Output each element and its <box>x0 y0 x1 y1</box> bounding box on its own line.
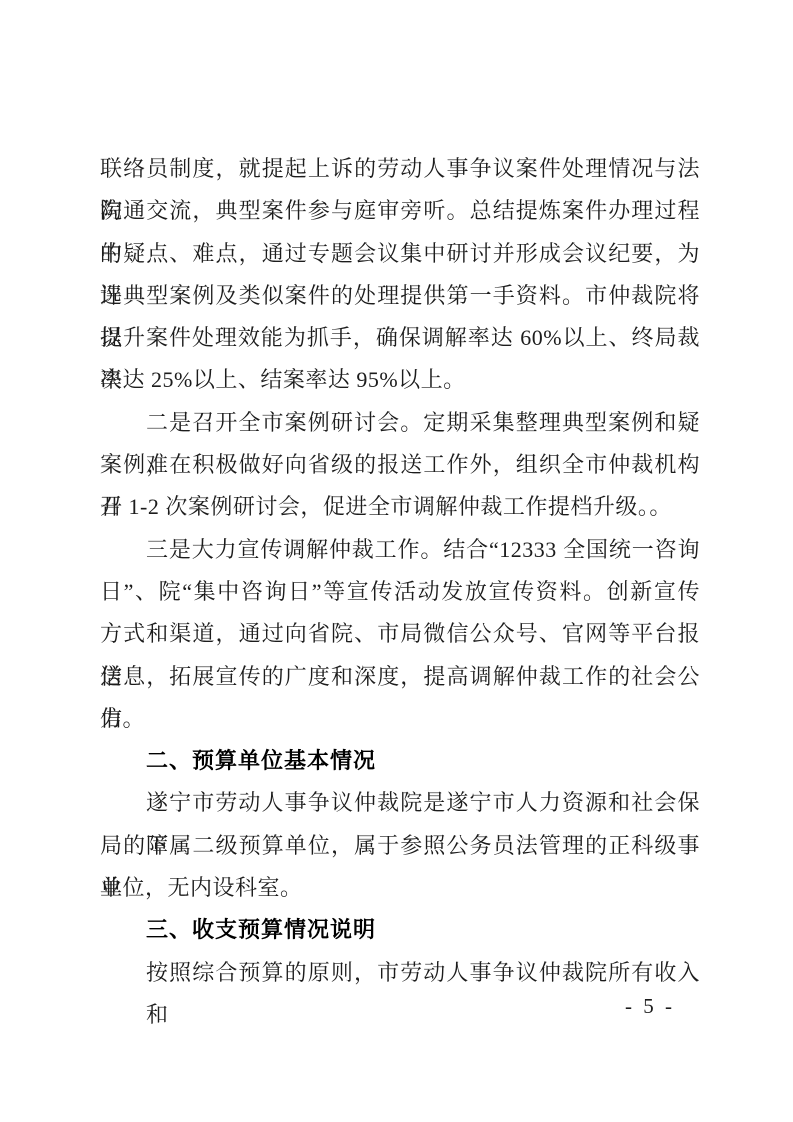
text-line: 日”、院“集中咨询日”等宣传活动发放宣传资料。创新宣传 <box>100 571 700 613</box>
text-line: 率达 25%以上、结案率达 95%以上。 <box>100 359 700 401</box>
text-line: 遂宁市劳动人事争议仲裁院是遂宁市人力资源和社会保障 <box>100 782 700 824</box>
text-line: 开 1-2 次案例研讨会，促进全市调解仲裁工作提档升级。。 <box>100 486 700 528</box>
section-heading: 二、预算单位基本情况 <box>100 740 700 782</box>
text-line: 案例，在积极做好向省级的报送工作外，组织全市仲裁机构召 <box>100 444 700 486</box>
text-line: 信息，拓展宣传的广度和深度，提高调解仲裁工作的社会公信 <box>100 656 700 698</box>
text-line: 沟通交流，典型案件参与庭审旁听。总结提炼案件办理过程中 <box>100 190 700 232</box>
text-line: 力。 <box>100 698 700 740</box>
document-page: 联络员制度，就提起上诉的劳动人事争议案件处理情况与法院沟通交流，典型案件参与庭审… <box>0 0 793 1122</box>
page-number: - 5 - <box>625 994 675 1019</box>
document-body: 联络员制度，就提起上诉的劳动人事争议案件处理情况与法院沟通交流，典型案件参与庭审… <box>100 148 700 994</box>
text-line: 方式和渠道，通过向省院、市局微信公众号、官网等平台报送 <box>100 613 700 655</box>
text-line: 二是召开全市案例研讨会。定期采集整理典型案例和疑难 <box>100 402 700 444</box>
text-line: 局的下属二级预算单位，属于参照公务员法管理的正科级事业 <box>100 825 700 867</box>
text-line: 单位，无内设科室。 <box>100 867 700 909</box>
text-line: 联络员制度，就提起上诉的劳动人事争议案件处理情况与法院 <box>100 148 700 190</box>
text-line: 按照综合预算的原则，市劳动人事争议仲裁院所有收入和 <box>100 952 700 994</box>
section-heading: 三、收支预算情况说明 <box>100 909 700 951</box>
text-line: 的疑点、难点，通过专题会议集中研讨并形成会议纪要，为评 <box>100 233 700 275</box>
text-line: 三是大力宣传调解仲裁工作。结合“12333 全国统一咨询 <box>100 529 700 571</box>
text-line: 选典型案例及类似案件的处理提供第一手资料。市仲裁院将以 <box>100 275 700 317</box>
text-line: 提升案件处理效能为抓手，确保调解率达 60%以上、终局裁决 <box>100 317 700 359</box>
